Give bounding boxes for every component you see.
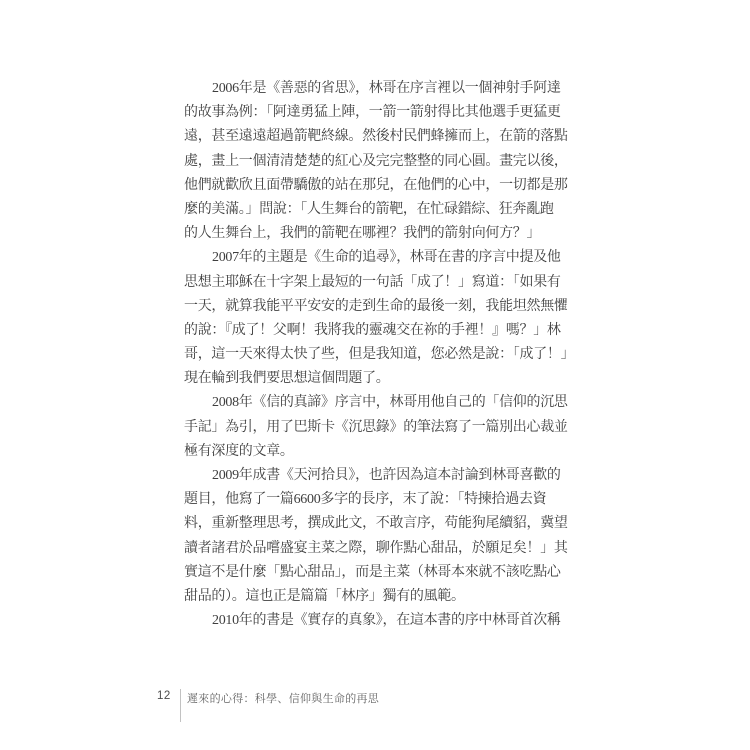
text-line: 2008年《信的真諦》序言中，林哥用他自己的「信仰的沉思 [184, 391, 584, 415]
text-line: 麼的美滿。」問說：「人生舞台的箭靶，在忙碌錯綜、狂奔亂跑 [184, 198, 584, 222]
text-line: 手記」為引，用了巴斯卡《沉思錄》的筆法寫了一篇別出心裁並 [184, 416, 584, 440]
text-line: 料，重新整理思考，撰成此文，不敢言序，苟能狗尾續貂，冀望 [184, 512, 584, 536]
running-title: 遲來的心得：科學、信仰與生命的再思 [187, 690, 379, 706]
text-line: 2006年是《善惡的省思》，林哥在序言裡以一個神射手阿達 [184, 77, 584, 101]
footer-divider-line [180, 689, 181, 722]
text-line: 現在輪到我們要思想這個問題了。 [184, 367, 584, 391]
text-line: 的說：『成了！父啊！我將我的靈魂交在祢的手裡！』嗎？」林 [184, 319, 584, 343]
text-line: 極有深度的文章。 [184, 440, 584, 464]
text-line: 處，畫上一個清清楚楚的紅心及完完整整的同心圓。畫完以後， [184, 150, 584, 174]
page-footer: 12 遲來的心得：科學、信仰與生命的再思 [0, 686, 750, 726]
text-line: 思想主耶穌在十字架上最短的一句話「成了！」寫道：「如果有 [184, 271, 584, 295]
text-line: 實這不是什麼「點心甜品」，而是主菜（林哥本來就不該吃點心 [184, 561, 584, 585]
text-line: 的人生舞台上，我們的箭靶在哪裡？我們的箭射向何方？」 [184, 222, 584, 246]
text-line: 一天，就算我能平平安安的走到生命的最後一刻，我能坦然無懼 [184, 295, 584, 319]
text-line: 2007年的主題是《生命的追尋》，林哥在書的序言中提及他 [184, 246, 584, 270]
text-line: 題目，他寫了一篇6600多字的長序，末了說：「特揀拾過去資 [184, 488, 584, 512]
book-page: 2006年是《善惡的省思》，林哥在序言裡以一個神射手阿達的故事為例：「阿達勇猛上… [0, 0, 750, 750]
text-line: 他們就歡欣且面帶驕傲的站在那兒，在他們的心中，一切都是那 [184, 174, 584, 198]
text-line: 2010年的書是《實存的真象》，在這本書的序中林哥首次稱 [184, 609, 584, 633]
text-line: 2009年成書《天河拾貝》，也許因為這本討論到林哥喜歡的 [184, 464, 584, 488]
text-line: 讀者諸君於品嚐盛宴主菜之際，聊作點心甜品，於願足矣！」其 [184, 537, 584, 561]
page-body-text: 2006年是《善惡的省思》，林哥在序言裡以一個神射手阿達的故事為例：「阿達勇猛上… [184, 77, 584, 633]
text-line: 的故事為例：「阿達勇猛上陣，一箭一箭射得比其他選手更猛更 [184, 101, 584, 125]
text-line: 遠，甚至遠遠超過箭靶終線。然後村民們蜂擁而上，在箭的落點 [184, 125, 584, 149]
page-number: 12 [157, 690, 171, 702]
text-line: 哥，這一天來得太快了些，但是我知道，您必然是說：「成了！」 [184, 343, 584, 367]
text-line: 甜品的）。這也正是篇篇「林序」獨有的風範。 [184, 585, 584, 609]
